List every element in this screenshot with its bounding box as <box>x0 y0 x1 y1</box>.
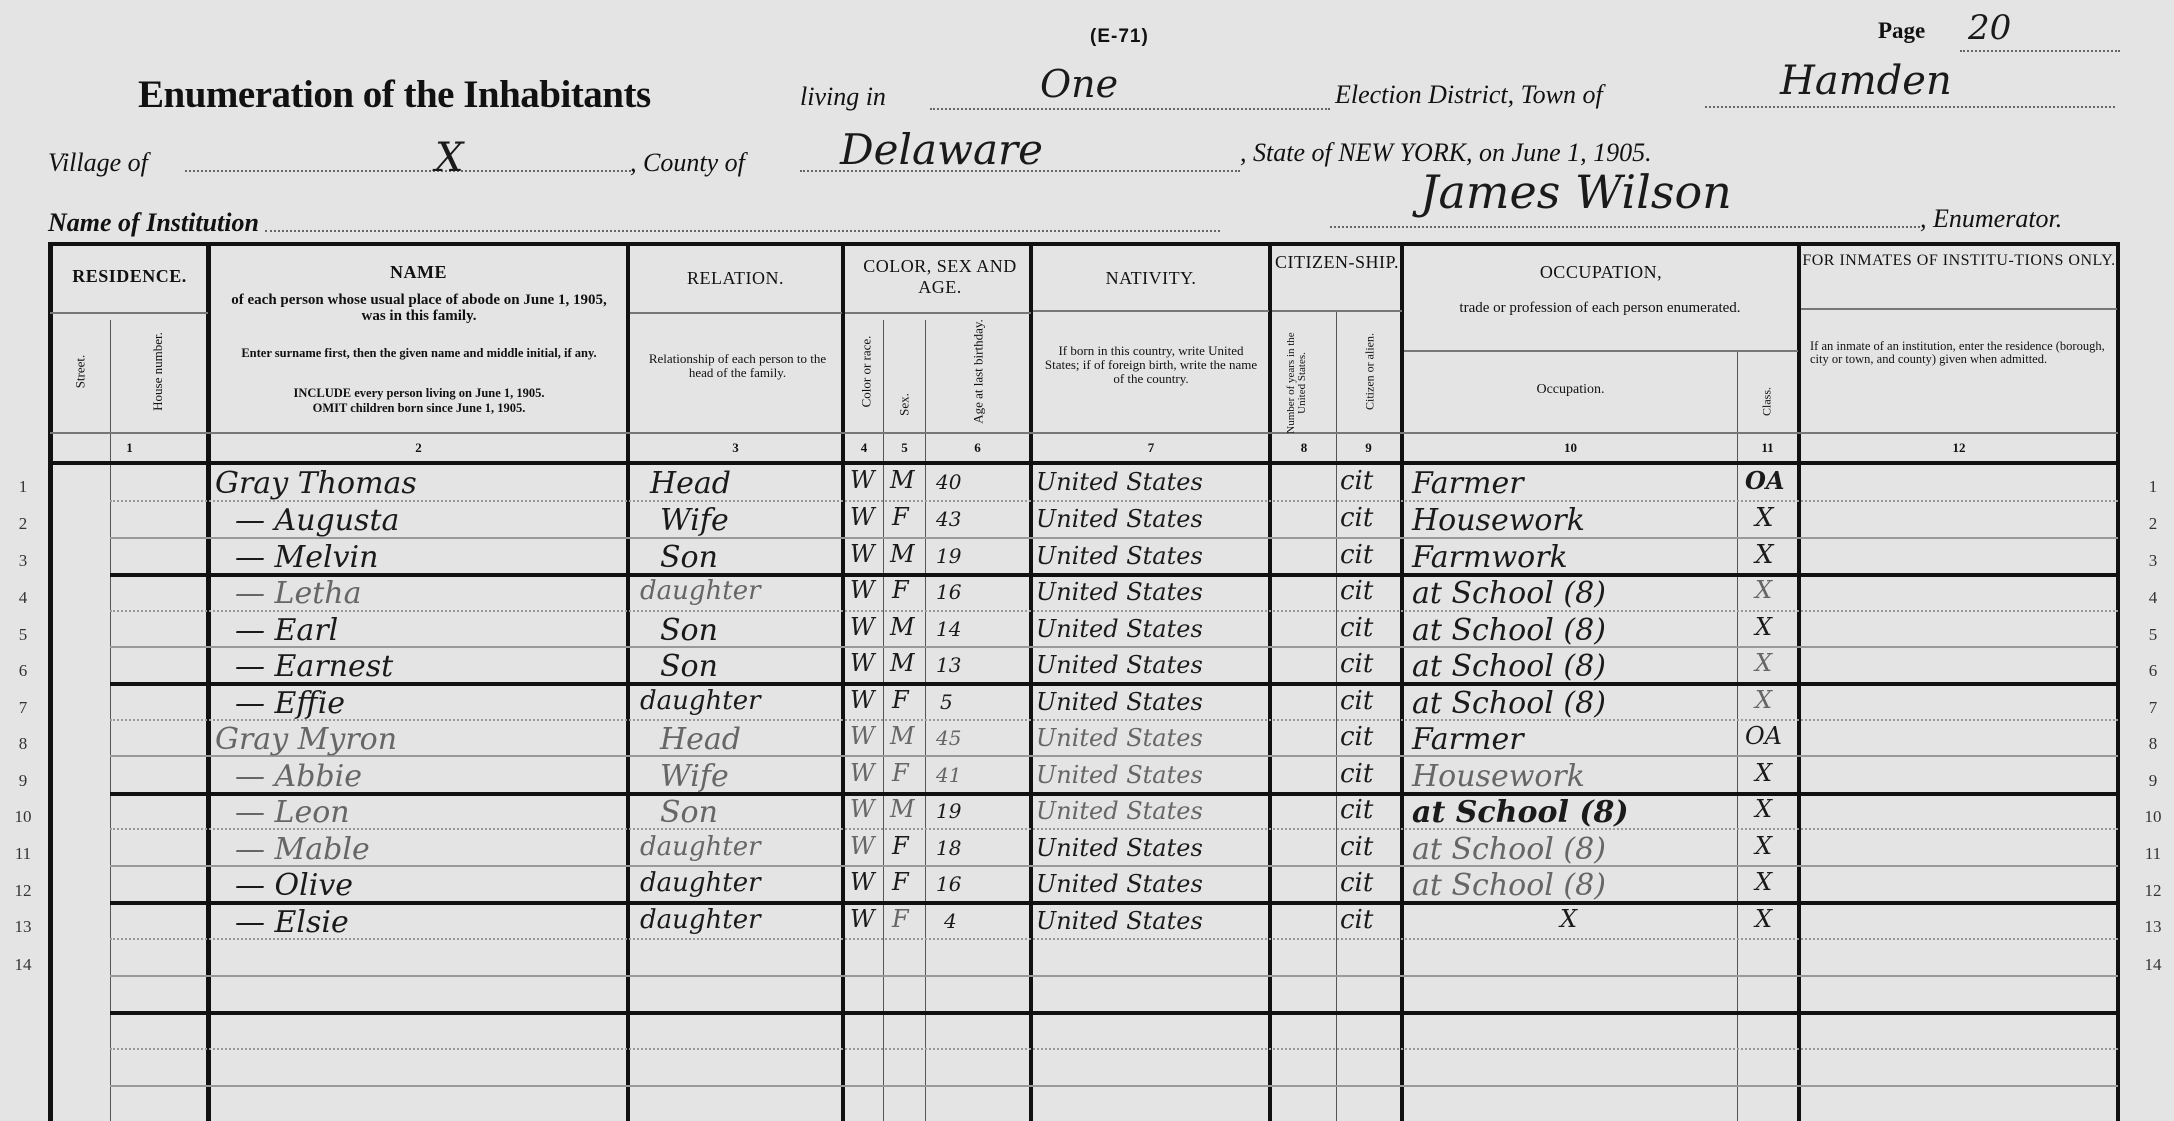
row-number: 11 <box>2138 844 2168 864</box>
header-nativity-desc: If born in this country, write United St… <box>1042 344 1260 386</box>
column-number: 12 <box>1801 440 2117 456</box>
row-number: 1 <box>8 477 38 497</box>
row-number: 12 <box>8 881 38 901</box>
cell-name: Gray Myron <box>215 722 397 757</box>
row-line <box>110 975 2118 977</box>
cell-citizen: cit <box>1340 466 1373 496</box>
cell-nativity: United States <box>1036 907 1203 935</box>
cell-citizen: cit <box>1340 795 1373 825</box>
cell-class: X <box>1755 759 1772 787</box>
cell-sex: M <box>890 540 915 568</box>
cell-name: — Augusta <box>235 503 399 538</box>
election-district-label: Election District, Town of <box>1335 80 1603 110</box>
row-number: 2 <box>8 514 38 534</box>
cell-nativity: United States <box>1036 870 1203 898</box>
cell-sex: F <box>892 686 909 714</box>
cell-sex: M <box>890 466 915 494</box>
row-number: 9 <box>8 771 38 791</box>
state-date-label: , State of NEW YORK, on June 1, 1905. <box>1240 138 1652 168</box>
row-line <box>110 610 2118 612</box>
column-number: 7 <box>1033 440 1269 456</box>
row-number: 6 <box>8 661 38 681</box>
cell-class: X <box>1755 576 1772 604</box>
cell-name: — Abbie <box>235 759 362 794</box>
cell-age: 14 <box>936 617 961 641</box>
cell-age: 5 <box>940 690 953 714</box>
election-district-line <box>930 108 1330 110</box>
form-number: (E-71) <box>1090 26 1149 48</box>
cell-nativity: United States <box>1036 505 1203 533</box>
cell-color: W <box>850 868 875 896</box>
cell-relation: Son <box>660 649 718 684</box>
cell-name: — Melvin <box>235 540 378 575</box>
cell-sex: F <box>892 503 909 531</box>
page-label: Page <box>1878 18 1925 44</box>
cell-name: — Earl <box>235 613 338 648</box>
cell-nativity: United States <box>1036 651 1203 679</box>
cell-occupation: Housework <box>1412 759 1585 794</box>
cell-relation: Son <box>660 795 718 830</box>
row-line <box>110 719 2118 721</box>
row-number: 7 <box>2138 698 2168 718</box>
header-years-in-us: Number of years in the United States. <box>1286 323 1322 443</box>
cell-occupation: Farmer <box>1412 722 1524 757</box>
cell-occupation: at School (8) <box>1412 686 1606 721</box>
row-number: 13 <box>8 917 38 937</box>
row-line <box>110 537 2118 539</box>
header-divider <box>630 312 842 314</box>
cell-citizen: cit <box>1340 868 1373 898</box>
family-line <box>110 682 2118 686</box>
header-name-instructions: Enter surname first, then the given name… <box>220 346 618 360</box>
column-number: 4 <box>845 440 883 456</box>
row-number: 9 <box>2138 771 2168 791</box>
cell-occupation: at School (8) <box>1412 832 1606 867</box>
cell-citizen: cit <box>1340 649 1373 679</box>
cell-relation: daughter <box>640 576 761 606</box>
cell-color: W <box>850 466 875 494</box>
row-number: 3 <box>8 551 38 571</box>
header-street: Street. <box>74 322 87 422</box>
row-line <box>110 1085 2118 1087</box>
col-border <box>48 242 53 1121</box>
cell-class: X <box>1755 832 1772 860</box>
header-inmates: FOR INMATES OF INSTITU-TIONS ONLY. <box>1801 252 2117 270</box>
institution-label: Name of Institution <box>48 208 259 238</box>
row-number: 7 <box>8 698 38 718</box>
row-number: 4 <box>2138 588 2168 608</box>
cell-color: W <box>850 503 875 531</box>
header-inmates-desc: If an inmate of an institution, enter th… <box>1810 340 2110 366</box>
cell-sex: M <box>890 795 915 823</box>
family-line <box>110 792 2118 796</box>
cell-color: W <box>850 649 875 677</box>
cell-citizen: cit <box>1340 759 1373 789</box>
row-number: 10 <box>2138 807 2168 827</box>
cell-nativity: United States <box>1036 468 1203 496</box>
table-top-border <box>48 242 2120 246</box>
cell-relation: Head <box>650 466 731 501</box>
cell-age: 19 <box>936 544 961 568</box>
column-number: 3 <box>630 440 841 456</box>
cell-sex: M <box>890 649 915 677</box>
row-number: 14 <box>8 955 38 975</box>
cell-class: X <box>1755 795 1772 823</box>
cell-sex: F <box>892 868 909 896</box>
header-divider <box>845 312 1031 314</box>
cell-age: 41 <box>936 763 961 787</box>
page-number: 20 <box>1968 8 2011 48</box>
cell-citizen: cit <box>1340 722 1373 752</box>
cell-sex: M <box>890 722 915 750</box>
cell-color: W <box>850 613 875 641</box>
village-label: Village of <box>48 148 148 178</box>
cell-class: X <box>1755 868 1772 896</box>
header-residence: RESIDENCE. <box>53 266 206 287</box>
row-number: 13 <box>2138 917 2168 937</box>
cell-occupation: at School (8) <box>1412 868 1606 903</box>
row-number: 8 <box>2138 734 2168 754</box>
cell-class: X <box>1755 503 1774 533</box>
row-number: 6 <box>2138 661 2168 681</box>
cell-citizen: cit <box>1340 905 1373 935</box>
cell-name: — Elsie <box>235 905 349 940</box>
column-number: 5 <box>884 440 925 456</box>
cell-relation: Wife <box>660 503 729 538</box>
cell-relation: daughter <box>640 868 761 898</box>
cell-color: W <box>850 795 875 823</box>
header-name-desc: of each person whose usual place of abod… <box>220 292 618 324</box>
cell-sex: F <box>892 905 909 933</box>
header-divider <box>50 432 2118 434</box>
header-relation: RELATION. <box>630 268 841 289</box>
cell-relation: daughter <box>640 686 761 716</box>
cell-citizen: cit <box>1340 576 1373 606</box>
cell-name: — Olive <box>235 868 353 903</box>
family-line <box>110 573 2118 577</box>
cell-occupation: at School (8) <box>1412 613 1606 648</box>
cell-relation: Son <box>660 613 718 648</box>
cell-citizen: cit <box>1340 686 1373 716</box>
cell-sex: F <box>892 759 909 787</box>
header-color-sex-age: COLOR, SEX AND AGE. <box>855 256 1025 298</box>
cell-occupation: Farmwork <box>1412 540 1568 575</box>
row-line <box>110 755 2118 757</box>
header-color: Color or race. <box>860 312 873 432</box>
cell-nativity: United States <box>1036 578 1203 606</box>
form-title: Enumeration of the Inhabitants <box>138 72 651 117</box>
town-line <box>1705 106 2115 108</box>
header-name-include: INCLUDE every person living on June 1, 1… <box>220 386 618 400</box>
cell-name: — Earnest <box>235 649 393 684</box>
row-number: 4 <box>8 588 38 608</box>
cell-class: X <box>1755 686 1772 714</box>
cell-age: 4 <box>944 909 957 933</box>
column-number: 1 <box>53 440 206 456</box>
header-divider <box>50 312 208 314</box>
family-line <box>110 1011 2118 1015</box>
cell-age: 45 <box>936 726 961 750</box>
column-number: 6 <box>926 440 1029 456</box>
village-line <box>185 170 635 172</box>
cell-relation: Head <box>660 722 741 757</box>
county-label: , County of <box>630 148 745 178</box>
cell-color: W <box>850 576 875 604</box>
cell-age: 13 <box>936 653 961 677</box>
cell-sex: F <box>892 832 909 860</box>
row-number: 1 <box>2138 477 2168 497</box>
cell-name: — Mable <box>235 832 370 867</box>
row-number: 11 <box>8 844 38 864</box>
row-number: 3 <box>2138 551 2168 571</box>
row-number: 5 <box>2138 625 2168 645</box>
enumerator-line <box>1330 226 1920 228</box>
enumerator-label: , Enumerator. <box>1920 204 2062 234</box>
row-line <box>110 938 2118 940</box>
cell-sex: M <box>890 613 915 641</box>
column-number: 11 <box>1738 440 1797 456</box>
town-value: Hamden <box>1780 58 1952 104</box>
cell-class: X <box>1755 540 1774 570</box>
cell-class: X <box>1755 613 1772 641</box>
header-house-number: House number. <box>151 309 164 434</box>
family-line <box>110 901 2118 905</box>
cell-color: W <box>850 905 875 933</box>
cell-relation: Son <box>660 540 718 575</box>
header-sex: Sex. <box>898 375 911 435</box>
county-value: Delaware <box>840 125 1043 174</box>
cell-occupation: Housework <box>1412 503 1585 538</box>
cell-color: W <box>850 722 875 750</box>
living-in-label: living in <box>800 82 886 112</box>
cell-relation: Wife <box>660 759 729 794</box>
cell-relation: daughter <box>640 832 761 862</box>
cell-relation: daughter <box>640 905 761 935</box>
cell-class: OA <box>1745 466 1785 495</box>
header-name-omit: OMIT children born since June 1, 1905. <box>220 401 618 415</box>
header-divider <box>1033 310 1269 312</box>
row-line <box>110 646 2118 648</box>
row-line <box>110 828 2118 830</box>
cell-nativity: United States <box>1036 797 1203 825</box>
cell-name: Gray Thomas <box>215 466 417 501</box>
cell-citizen: cit <box>1340 613 1373 643</box>
row-line <box>110 865 2118 867</box>
row-number: 2 <box>2138 514 2168 534</box>
column-number: 9 <box>1337 440 1400 456</box>
cell-sex: F <box>892 576 909 604</box>
column-number: 10 <box>1404 440 1737 456</box>
cell-name: — Letha <box>235 576 361 611</box>
cell-occupation: at School (8) <box>1412 576 1606 611</box>
cell-name: — Leon <box>235 795 350 830</box>
cell-nativity: United States <box>1036 724 1203 752</box>
cell-age: 43 <box>936 507 961 531</box>
cell-nativity: United States <box>1036 834 1203 862</box>
header-class: Class. <box>1761 372 1774 432</box>
cell-class: X <box>1755 905 1772 933</box>
cell-occupation: at School (8) <box>1412 649 1606 684</box>
election-district-value: One <box>1040 62 1118 106</box>
cell-citizen: cit <box>1340 503 1373 533</box>
row-number: 10 <box>8 807 38 827</box>
enumerator-signature: James Wilson <box>1420 165 1732 219</box>
cell-age: 40 <box>936 470 961 494</box>
cell-age: 16 <box>936 580 961 604</box>
cell-age: 18 <box>936 836 961 860</box>
header-divider <box>1404 350 1798 352</box>
header-age: Age at last birthday. <box>972 312 985 432</box>
cell-occupation: Farmer <box>1412 466 1524 501</box>
header-name: NAME <box>211 262 626 283</box>
header-relation-desc: Relationship of each person to the head … <box>640 352 835 380</box>
cell-color: W <box>850 686 875 714</box>
page-number-line <box>1960 50 2120 52</box>
cell-nativity: United States <box>1036 761 1203 789</box>
row-number: 12 <box>2138 881 2168 901</box>
cell-citizen: cit <box>1340 540 1373 570</box>
cell-citizen: cit <box>1340 832 1373 862</box>
header-divider <box>1801 308 2117 310</box>
cell-class: X <box>1755 649 1772 677</box>
institution-line <box>265 230 1220 232</box>
cell-age: 16 <box>936 872 961 896</box>
header-citizenship: CITIZEN-SHIP. <box>1274 252 1400 273</box>
row-number: 14 <box>2138 955 2168 975</box>
row-line <box>110 1048 2118 1050</box>
row-number: 8 <box>8 734 38 754</box>
cell-name: — Effie <box>235 686 345 721</box>
cell-class: OA <box>1745 722 1782 750</box>
cell-occupation: at School (8) <box>1412 795 1629 830</box>
header-occupation: OCCUPATION, <box>1404 262 1798 283</box>
column-number: 2 <box>211 440 626 456</box>
header-nativity: NATIVITY. <box>1033 268 1269 289</box>
village-value: X <box>435 135 463 181</box>
header-divider <box>1272 310 1402 312</box>
header-citizen-alien: Citizen or alien. <box>1364 312 1377 432</box>
cell-occupation: X <box>1560 905 1577 933</box>
column-number: 8 <box>1272 440 1336 456</box>
cell-nativity: United States <box>1036 688 1203 716</box>
cell-nativity: United States <box>1036 542 1203 570</box>
cell-nativity: United States <box>1036 615 1203 643</box>
cell-age: 19 <box>936 799 961 823</box>
cell-color: W <box>850 832 875 860</box>
cell-color: W <box>850 540 875 568</box>
header-occupation-desc: trade or profession of each person enume… <box>1420 300 1780 316</box>
cell-color: W <box>850 759 875 787</box>
col-subborder <box>1737 350 1738 1121</box>
header-bottom-border <box>50 461 2118 465</box>
header-occupation-sub: Occupation. <box>1404 382 1737 398</box>
row-number: 5 <box>8 625 38 645</box>
